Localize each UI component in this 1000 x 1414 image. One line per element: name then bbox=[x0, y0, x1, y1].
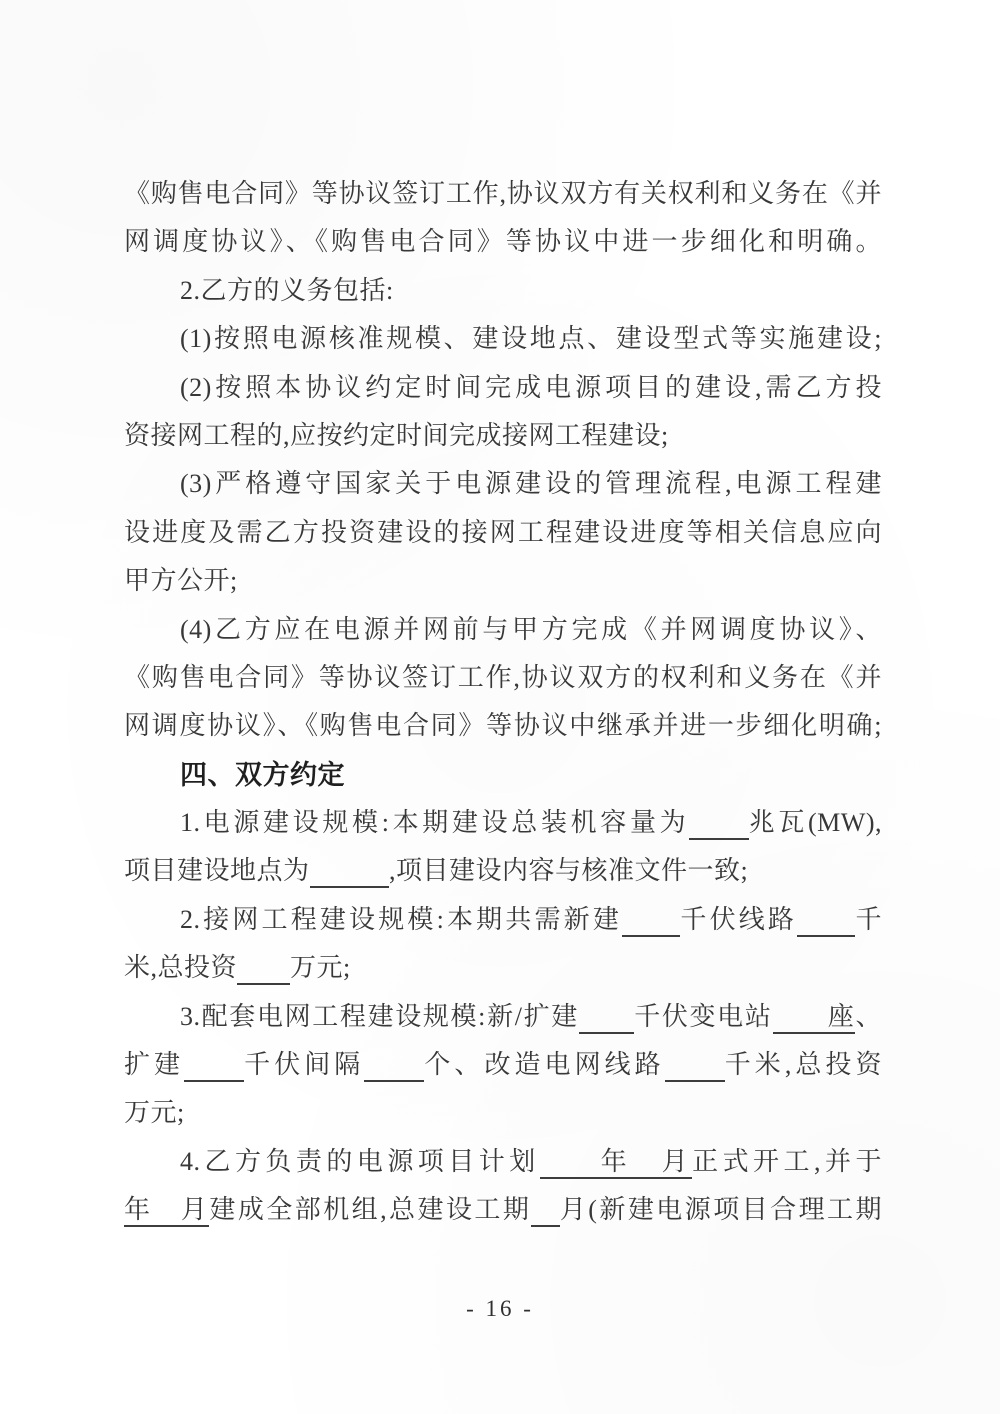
blank-field bbox=[364, 1050, 424, 1082]
text-segment: 网调度协议》、《购售电合同》等协议中进一步细化和明确。 bbox=[124, 227, 882, 256]
text-segment: 月(新建电源项目合理工期 bbox=[560, 1195, 882, 1224]
text-segment: 2.乙方的义务包括: bbox=[180, 276, 394, 305]
page-number: - 16 - bbox=[0, 1296, 1000, 1322]
text-segment: (2)按照本协议约定时间完成电源项目的建设,需乙方投 bbox=[180, 373, 882, 402]
blank-field bbox=[797, 905, 855, 937]
document-line: 年 月建成全部机组,总建设工期 月(新建电源项目合理工期 bbox=[124, 1186, 882, 1234]
document-line: 扩建 千伏间隔 个、改造电网线路 千米,总投资 bbox=[124, 1041, 882, 1089]
text-segment: 、 bbox=[855, 1002, 882, 1031]
text-segment: 4.乙方负责的电源项目计划 bbox=[180, 1147, 540, 1176]
document-line: (3)严格遵守国家关于电源建设的管理流程,电源工程建 bbox=[124, 460, 882, 508]
text-segment: 《购售电合同》等协议签订工作,协议双方有关权利和义务在《并 bbox=[124, 179, 882, 208]
text-segment: 1.电源建设规模:本期建设总装机容量为 bbox=[180, 808, 689, 837]
document-line: 2.乙方的义务包括: bbox=[124, 267, 882, 315]
document-line: 甲方公开; bbox=[124, 557, 882, 605]
section-heading: 四、双方约定 bbox=[124, 751, 882, 799]
text-segment: 兆瓦(MW), bbox=[749, 808, 882, 837]
text-segment: (3)严格遵守国家关于电源建设的管理流程,电源工程建 bbox=[180, 469, 882, 498]
text-segment: ,项目建设内容与核准文件一致; bbox=[389, 856, 748, 885]
text-segment: 2.接网工程建设规模:本期共需新建 bbox=[180, 905, 622, 934]
text-segment: 建成全部机组,总建设工期 bbox=[209, 1195, 531, 1224]
blank-field bbox=[531, 1195, 559, 1227]
blank-field bbox=[622, 905, 680, 937]
blank-field bbox=[665, 1050, 725, 1082]
text-segment: 千伏线路 bbox=[680, 905, 797, 934]
document-line: 设进度及需乙方投资建设的接网工程建设进度等相关信息应向 bbox=[124, 509, 882, 557]
text-segment: (1)按照电源核准规模、建设地点、建设型式等实施建设; bbox=[180, 324, 882, 353]
document-line: 项目建设地点为 ,项目建设内容与核准文件一致; bbox=[124, 847, 882, 895]
text-segment: 个、改造电网线路 bbox=[424, 1050, 664, 1079]
blank-field bbox=[184, 1050, 244, 1082]
document-line: 4.乙方负责的电源项目计划 年 月正式开工,并于 bbox=[124, 1138, 882, 1186]
text-segment: 千伏变电站 bbox=[634, 1002, 772, 1031]
text-segment: 万元; bbox=[124, 1098, 185, 1127]
text-segment: 米,总投资 bbox=[124, 953, 237, 982]
document-line: 2.接网工程建设规模:本期共需新建 千伏线路 千 bbox=[124, 896, 882, 944]
document-line: 网调度协议》、《购售电合同》等协议中继承并进一步细化明确; bbox=[124, 702, 882, 750]
document-line: 米,总投资 万元; bbox=[124, 944, 882, 992]
blank-field bbox=[237, 953, 290, 985]
blank-field bbox=[579, 1002, 634, 1034]
text-segment: 3.配套电网工程建设规模:新/扩建 bbox=[180, 1002, 579, 1031]
document-line: (1)按照电源核准规模、建设地点、建设型式等实施建设; bbox=[124, 315, 882, 363]
document-line: 3.配套电网工程建设规模:新/扩建 千伏变电站 座、 bbox=[124, 993, 882, 1041]
text-segment: 万元; bbox=[290, 953, 351, 982]
text-segment: 设进度及需乙方投资建设的接网工程建设进度等相关信息应向 bbox=[124, 518, 882, 547]
document-line: 《购售电合同》等协议签订工作,协议双方的权利和义务在《并 bbox=[124, 654, 882, 702]
text-segment: 四、双方约定 bbox=[180, 760, 345, 790]
text-segment: 项目建设地点为 bbox=[124, 856, 310, 885]
blank-field: 座 bbox=[773, 1002, 856, 1034]
text-segment: 资接网工程的,应按约定时间完成接网工程建设; bbox=[124, 421, 669, 450]
document-line: 《购售电合同》等协议签订工作,协议双方有关权利和义务在《并 bbox=[124, 170, 882, 218]
text-segment: (4)乙方应在电源并网前与甲方完成《并网调度协议》、 bbox=[180, 615, 882, 644]
text-segment: 网调度协议》、《购售电合同》等协议中继承并进一步细化明确; bbox=[124, 711, 882, 740]
document-line: (2)按照本协议约定时间完成电源项目的建设,需乙方投 bbox=[124, 364, 882, 412]
document-page: 《购售电合同》等协议签订工作,协议双方有关权利和义务在《并网调度协议》、《购售电… bbox=[0, 0, 1000, 1414]
blank-field bbox=[689, 808, 748, 840]
blank-field: 年 月 bbox=[540, 1147, 692, 1179]
text-segment: 《购售电合同》等协议签订工作,协议双方的权利和义务在《并 bbox=[124, 663, 882, 692]
document-line: 网调度协议》、《购售电合同》等协议中进一步细化和明确。 bbox=[124, 218, 882, 266]
blank-field: 年 月 bbox=[124, 1195, 209, 1227]
text-block: 《购售电合同》等协议签订工作,协议双方有关权利和义务在《并网调度协议》、《购售电… bbox=[124, 170, 882, 1235]
document-line: 1.电源建设规模:本期建设总装机容量为 兆瓦(MW), bbox=[124, 799, 882, 847]
text-segment: 扩建 bbox=[124, 1050, 184, 1079]
text-segment: 千伏间隔 bbox=[244, 1050, 364, 1079]
document-line: 万元; bbox=[124, 1089, 882, 1137]
text-segment: 千 bbox=[855, 905, 882, 934]
document-line: (4)乙方应在电源并网前与甲方完成《并网调度协议》、 bbox=[124, 606, 882, 654]
blank-field bbox=[310, 856, 390, 888]
text-segment: 千米,总投资 bbox=[725, 1050, 882, 1079]
document-line: 资接网工程的,应按约定时间完成接网工程建设; bbox=[124, 412, 882, 460]
text-segment: 甲方公开; bbox=[124, 566, 238, 595]
text-segment: 正式开工,并于 bbox=[692, 1147, 882, 1176]
